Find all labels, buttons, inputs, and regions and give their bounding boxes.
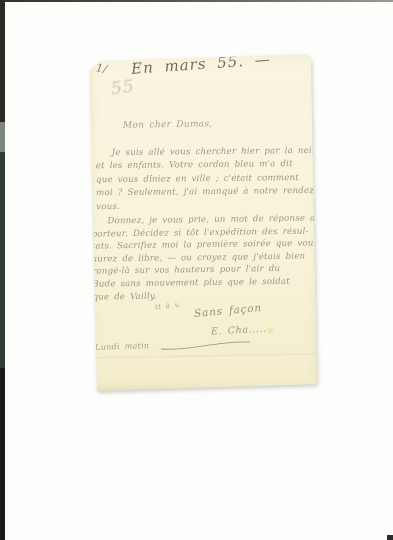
paper-sheet: 1/ En mars 55. — 55 Mon cher Dumas, Je s… bbox=[88, 53, 320, 393]
letter-salutation: Mon cher Dumas, bbox=[123, 119, 213, 131]
letter-dateline: Lundi matin bbox=[95, 341, 150, 352]
paper-corner-crease bbox=[304, 53, 315, 63]
paper-stain bbox=[266, 327, 275, 334]
signature-paraph-flourish bbox=[160, 338, 252, 352]
scanner-strip-segment bbox=[0, 0, 5, 122]
page-number-mark: 1/ bbox=[95, 61, 108, 75]
letter-line: que de Vailly. bbox=[92, 288, 322, 304]
letter-paragraph-2: Donnez, je vous prie, un mot de réponse … bbox=[91, 212, 322, 303]
scanner-edge-strip bbox=[0, 0, 5, 540]
letter-paper: 1/ En mars 55. — 55 Mon cher Dumas, Je s… bbox=[88, 53, 320, 393]
letter-closing-abbrev: tt à v. bbox=[155, 301, 181, 312]
letter-paragraph-1: Je suis allé vous chercher hier par la n… bbox=[96, 145, 324, 214]
scan-corner-speck bbox=[387, 535, 393, 540]
scanned-letter-view: 1/ En mars 55. — 55 Mon cher Dumas, Je s… bbox=[0, 0, 393, 540]
scanner-strip-segment bbox=[0, 122, 5, 152]
scanner-strip-segment bbox=[0, 152, 5, 368]
scanner-strip-segment bbox=[0, 368, 5, 540]
paper-fold-crease bbox=[93, 353, 316, 361]
letter-closing: Sans façon bbox=[194, 302, 263, 320]
letter-date-heading: En mars 55. — bbox=[131, 50, 272, 78]
letter-signature: E. Cha..... bbox=[211, 324, 267, 338]
letter-line: moi ? Seulement, j'ai manqué à notre ren… bbox=[96, 185, 323, 201]
pencil-archive-number: 55 bbox=[110, 76, 136, 99]
scan-top-edge bbox=[0, 0, 393, 2]
